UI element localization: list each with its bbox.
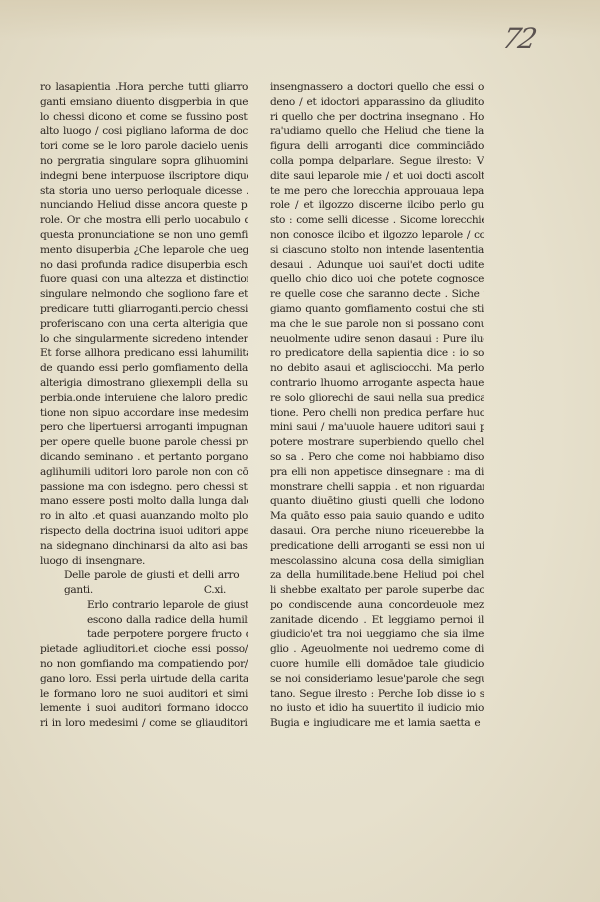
text-line: questa pronunciatione se non uno gemfia xyxy=(40,228,248,243)
text-line: mescolassino alcuna cosa della simiglian xyxy=(270,554,484,569)
text-line: ri in loro medesimi / come se gliauditor… xyxy=(40,716,248,731)
text-line: role / et ilgozzo discerne ilcibo perlo … xyxy=(270,198,484,213)
text-line: ro predicatore della sapientia dice : io… xyxy=(270,346,484,361)
text-line: dicando seminano . et pertanto porgano xyxy=(40,450,248,465)
text-line: luogo di insengnare. xyxy=(40,554,248,569)
text-line: rispecto della doctrina isuoi uditori ap… xyxy=(40,524,248,539)
text-line: lemente i suoi auditori formano idocco xyxy=(40,701,248,716)
text-line: pra elli non appetisce dinsegnare : ma d… xyxy=(270,465,484,480)
text-line: quanto diuētino giusti quelli che lodono xyxy=(270,494,484,509)
text-line: Ma quāto esso paia sauio quando e udito xyxy=(270,509,484,524)
text-line: predicare tutti gliarroganti.percio ches… xyxy=(40,302,248,317)
text-line: Erlo contrario leparole de giusti xyxy=(40,598,248,613)
text-line: no non gomfiando ma compatiendo por/ xyxy=(40,657,248,672)
text-line: no dasi profunda radice disuperbia eschi… xyxy=(40,258,248,273)
chapter-number: C.xi. xyxy=(204,583,226,598)
text-line: contrario lhuomo arrogante aspecta haue xyxy=(270,376,484,391)
text-line: sta storia uno uerso perloquale dicesse … xyxy=(40,184,248,199)
text-line: tione non sipuo accordare inse medesima xyxy=(40,406,248,421)
text-line: predicatione delli arroganti se essi non… xyxy=(270,539,484,554)
text-line: lo chessi dicono et come se fussino post… xyxy=(40,110,248,125)
text-line: no debito asaui et aglisciocchi. Ma perl… xyxy=(270,361,484,376)
text-line: tori come se le loro parole dacielo ueni… xyxy=(40,139,248,154)
text-line: escono dalla radice della humili xyxy=(40,613,248,628)
chapter-body-text: pietade agliuditori.et cioche essi posso… xyxy=(40,642,248,731)
text-line: tano. Segue ilresto : Perche Iob disse i… xyxy=(270,687,484,702)
text-line: monstrare chelli sappia . et non riguard… xyxy=(270,480,484,495)
text-line: quello chio dico uoi che potete cognosce xyxy=(270,272,484,287)
text-line: potere mostrare superbiendo quello chel xyxy=(270,435,484,450)
text-line: no iusto et idio ha suuertito il iudicio… xyxy=(270,701,484,716)
text-line: desaui . Adunque uoi saui'et docti udite xyxy=(270,258,484,273)
text-line: glio . Ageuolmente noi uedremo come di xyxy=(270,642,484,657)
text-line: figura delli arroganti dice comminciādo xyxy=(270,139,484,154)
text-line: ri quello che per doctrina insegnano . H… xyxy=(270,110,484,125)
text-line: se noi consideriamo lesue'parole che seg… xyxy=(270,672,484,687)
text-line: mano essere posti molto dalla lunga dalo xyxy=(40,494,248,509)
text-line: proferiscano con una certa alterigia que… xyxy=(40,317,248,332)
text-line: ro lasapientia .Hora perche tutti gliarr… xyxy=(40,80,248,95)
text-line: no pergratia singulare sopra glihuomini xyxy=(40,154,248,169)
text-line: tione. Pero chelli non predica perfare h… xyxy=(270,406,484,421)
text-line: ra'udiamo quello che Heliud che tiene la xyxy=(270,124,484,139)
text-line: re quelle cose che saranno decte . Siche… xyxy=(270,287,484,302)
text-line: Bugia e ingiudicare me et lamia saetta e xyxy=(270,716,484,731)
text-line: Et forse allhora predicano essi lahumili… xyxy=(40,346,248,361)
text-line: so sa . Pero che come noi habbiamo diso xyxy=(270,450,484,465)
text-line: per opere quelle buone parole chessi pre xyxy=(40,435,248,450)
text-line: pietade agliuditori.et cioche essi posso… xyxy=(40,642,248,657)
text-line: tade perpotere porgere fructo di xyxy=(40,627,248,642)
text-line: passione ma con isdegno. pero chessi sti xyxy=(40,480,248,495)
text-line: giudicio'et tra noi ueggiamo che sia ilm… xyxy=(270,627,484,642)
text-line: colla pompa delparlare. Segue ilresto: V xyxy=(270,154,484,169)
text-line: za della humilitade.bene Heliud poi chel xyxy=(270,568,484,583)
text-line: singulare nelmondo che sogliono fare et xyxy=(40,287,248,302)
text-line: ma che le sue parole non si possano conu… xyxy=(270,317,484,332)
text-line: te me pero che lorecchia approuaua lepa xyxy=(270,184,484,199)
text-line: mini saui / ma'uuole hauere uditori saui… xyxy=(270,420,484,435)
text-line: fuore quasi con una altezza et distincti… xyxy=(40,272,248,287)
text-line: nunciando Heliud disse ancora queste pa xyxy=(40,198,248,213)
text-line: lo che singularmente sicredeno intendere xyxy=(40,332,248,347)
text-line: non conosce ilcibo et ilgozzo leparole /… xyxy=(270,228,484,243)
text-line: si ciascuno stolto non intende lasentent… xyxy=(270,243,484,258)
text-line: insengnassero a doctori quello che essi … xyxy=(270,80,484,95)
right-column: insengnassero a doctori quello che essi … xyxy=(270,80,484,731)
text-line: deno / et idoctori apparassino da gliudi… xyxy=(270,95,484,110)
text-line: le formano loro ne suoi auditori et simi xyxy=(40,687,248,702)
text-line: alterigia dimostrano gliexempli della su xyxy=(40,376,248,391)
text-line: de quando essi perlo gomfiamento della xyxy=(40,361,248,376)
manuscript-page: 72 ro lasapientia .Hora perche tutti gli… xyxy=(0,0,600,902)
text-line: na sidegnano dinchinarsi da alto asi bas… xyxy=(40,539,248,554)
text-line: dite saui leparole mie / et uoi docti as… xyxy=(270,169,484,184)
text-line: li shebbe exaltato per parole superbe da… xyxy=(270,583,484,598)
text-line: alto luogo / cosi pigliano laforma de do… xyxy=(40,124,248,139)
text-line: re solo gliorechi de saui nella sua pred… xyxy=(270,391,484,406)
text-line: pero che lipertuersi arroganti impugnano xyxy=(40,420,248,435)
folio-number: 72 xyxy=(499,22,538,55)
chapter-heading-line: ganti. xyxy=(64,583,93,598)
text-line: ganti emsiano diuento disgperbia in quel xyxy=(40,95,248,110)
text-line: zanitade dicendo . Et leggiamo pernoi il xyxy=(270,613,484,628)
left-column-text: ro lasapientia .Hora perche tutti gliarr… xyxy=(40,80,248,568)
text-line: mento disuperbia ¿Che leparole che uega xyxy=(40,243,248,258)
text-line: giamo quanto gomfiamento costui che sti xyxy=(270,302,484,317)
chapter-heading-row: ganti. C.xi. xyxy=(40,583,248,598)
text-line: ro in alto .et quasi auanzando molto plo xyxy=(40,509,248,524)
text-line: role. Or che mostra elli perlo uocabulo … xyxy=(40,213,248,228)
chapter-heading-line: Delle parole de giusti et delli arro xyxy=(40,568,248,583)
text-line: po condiscende auna concordeuole mez xyxy=(270,598,484,613)
text-line: perbia.onde interuiene che laloro predic… xyxy=(40,391,248,406)
text-line: gano loro. Essi perla uirtude della cari… xyxy=(40,672,248,687)
text-line: indegni bene interpuose ilscriptore diqu… xyxy=(40,169,248,184)
text-line: sto : come selli dicesse . Sicome lorecc… xyxy=(270,213,484,228)
text-line: neuolmente udire senon dasaui : Pure ilu… xyxy=(270,332,484,347)
chapter-opening-indented: Erlo contrario leparole de giustiescono … xyxy=(40,598,248,642)
left-column: ro lasapientia .Hora perche tutti gliarr… xyxy=(40,80,248,731)
text-line: dasaui. Ora perche niuno riceuerebbe la xyxy=(270,524,484,539)
chapter-heading: Delle parole de giusti et delli arro gan… xyxy=(40,568,248,598)
text-line: aglihumili uditori loro parole non con c… xyxy=(40,465,248,480)
text-line: cuore humile elli domādoe tale giudicio xyxy=(270,657,484,672)
